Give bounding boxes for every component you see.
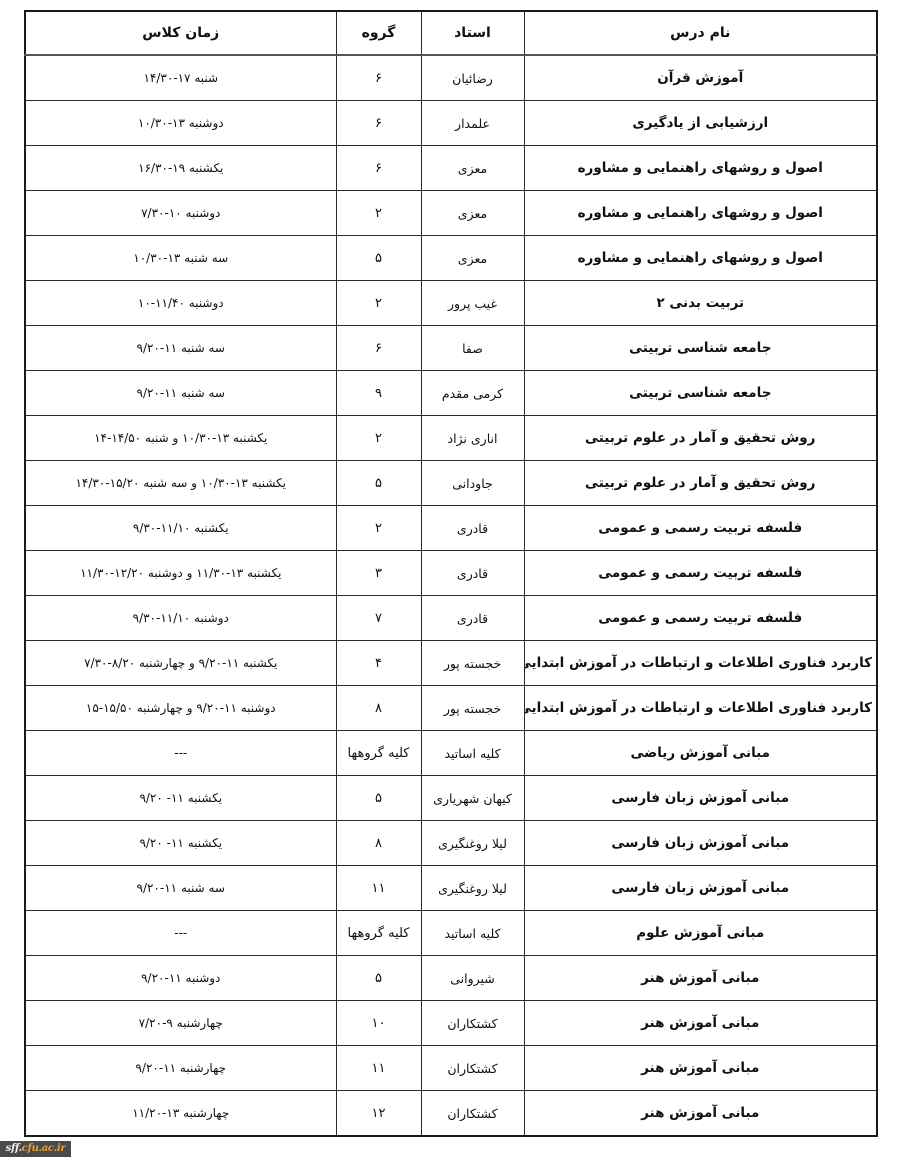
cell-teacher: اناری نژاد: [421, 416, 524, 461]
cell-teacher: معزی: [421, 236, 524, 281]
cell-group: ۵: [336, 236, 421, 281]
cell-course: مبانی آموزش هنر: [524, 1046, 877, 1091]
cell-group: ۸: [336, 686, 421, 731]
cell-teacher: خجسته پور: [421, 641, 524, 686]
cell-course: فلسفه تربیت رسمی و عمومی: [524, 596, 877, 641]
table-row: مبانی آموزش هنرکشتکاران۱۰چهارشنبه ۹-۷/۲۰: [25, 1001, 877, 1046]
watermark-domain: cfu.ac.ir: [22, 1143, 66, 1154]
cell-teacher: رضائیان: [421, 55, 524, 101]
cell-time: دوشنبه ۱۱/۱۰-۹/۳۰: [25, 596, 336, 641]
cell-course: مبانی آموزش هنر: [524, 1091, 877, 1137]
cell-teacher: جاودانی: [421, 461, 524, 506]
table-row: مبانی آموزش هنرشیروانی۵دوشنبه ۱۱-۹/۲۰: [25, 956, 877, 1001]
cell-group: ۹: [336, 371, 421, 416]
cell-group: ۷: [336, 596, 421, 641]
site-watermark: sff.cfu.ac.ir: [0, 1141, 71, 1157]
header-row: نام درس استاد گروه زمان کلاس: [25, 11, 877, 55]
cell-group: ۵: [336, 776, 421, 821]
cell-time: یکشنبه ۱۱-۹/۲۰ و چهارشنبه ۸/۲۰-۷/۳۰: [25, 641, 336, 686]
cell-group: ۵: [336, 461, 421, 506]
cell-teacher: شیروانی: [421, 956, 524, 1001]
table-row: جامعه شناسی تربیتیصفا۶سه شنبه ۱۱-۹/۲۰: [25, 326, 877, 371]
cell-course: مبانی آموزش زبان فارسی: [524, 821, 877, 866]
table-row: مبانی آموزش زبان فارسیلیلا روغنگیری۸یکشن…: [25, 821, 877, 866]
table-row: تربیت بدنی ۲غیب پرور۲دوشنبه ۱۱/۴۰-۱۰: [25, 281, 877, 326]
cell-time: یکشنبه ۱۹-۱۶/۳۰: [25, 146, 336, 191]
cell-group: ۱۰: [336, 1001, 421, 1046]
cell-teacher: کشتکاران: [421, 1091, 524, 1137]
cell-course: کاربرد فناوری اطلاعات و ارتباطات در آموز…: [524, 686, 877, 731]
cell-time: شنبه ۱۷-۱۴/۳۰: [25, 55, 336, 101]
table-row: کاربرد فناوری اطلاعات و ارتباطات در آموز…: [25, 641, 877, 686]
cell-group: ۴: [336, 641, 421, 686]
cell-group: ۵: [336, 956, 421, 1001]
cell-course: مبانی آموزش زبان فارسی: [524, 776, 877, 821]
cell-course: اصول و روشهای راهنمایی و مشاوره: [524, 236, 877, 281]
cell-teacher: قادری: [421, 551, 524, 596]
cell-teacher: کلیه اساتید: [421, 731, 524, 776]
cell-group: ۲: [336, 416, 421, 461]
cell-time: سه شنبه ۱۱-۹/۲۰: [25, 371, 336, 416]
cell-teacher: خجسته پور: [421, 686, 524, 731]
cell-course: مبانی آموزش هنر: [524, 1001, 877, 1046]
cell-teacher: غیب پرور: [421, 281, 524, 326]
table-row: مبانی آموزش علومکلیه اساتیدکلیه گروهها--…: [25, 911, 877, 956]
cell-time: دوشنبه ۱۳-۱۰/۳۰: [25, 101, 336, 146]
cell-teacher: معزی: [421, 146, 524, 191]
cell-time: ---: [25, 731, 336, 776]
cell-group: ۲: [336, 281, 421, 326]
cell-time: سه شنبه ۱۱-۹/۲۰: [25, 866, 336, 911]
cell-time: دوشنبه ۱۰-۷/۳۰: [25, 191, 336, 236]
table-row: اصول و روشهای راهنمایی و مشاورهمعزی۵سه ش…: [25, 236, 877, 281]
header-time: زمان کلاس: [25, 11, 336, 55]
cell-teacher: قادری: [421, 506, 524, 551]
table-row: فلسفه تربیت رسمی و عمومیقادری۲یکشنبه ۱۱/…: [25, 506, 877, 551]
table-body: آموزش قرآنرضائیان۶شنبه ۱۷-۱۴/۳۰ارزشیابی …: [25, 55, 877, 1136]
cell-group: ۳: [336, 551, 421, 596]
cell-course: اصول و روشهای راهنمایی و مشاوره: [524, 191, 877, 236]
cell-time: یکشنبه ۱۳-۱۱/۳۰ و دوشنبه ۱۲/۲۰-۱۱/۳۰: [25, 551, 336, 596]
cell-teacher: کرمی مقدم: [421, 371, 524, 416]
table-row: مبانی آموزش ریاضیکلیه اساتیدکلیه گروهها-…: [25, 731, 877, 776]
cell-course: مبانی آموزش ریاضی: [524, 731, 877, 776]
cell-course: جامعه شناسی تربیتی: [524, 326, 877, 371]
cell-time: یکشنبه ۱۱- ۹/۲۰: [25, 776, 336, 821]
cell-teacher: کشتکاران: [421, 1046, 524, 1091]
cell-time: سه شنبه ۱۳-۱۰/۳۰: [25, 236, 336, 281]
cell-time: چهارشنبه ۱۱-۹/۲۰: [25, 1046, 336, 1091]
cell-course: آموزش قرآن: [524, 55, 877, 101]
table-row: مبانی آموزش هنرکشتکاران۱۱چهارشنبه ۱۱-۹/۲…: [25, 1046, 877, 1091]
cell-course: کاربرد فناوری اطلاعات و ارتباطات در آموز…: [524, 641, 877, 686]
table-row: روش تحقیق و آمار در علوم تربیتیجاودانی۵ی…: [25, 461, 877, 506]
cell-teacher: معزی: [421, 191, 524, 236]
table-row: فلسفه تربیت رسمی و عمومیقادری۷دوشنبه ۱۱/…: [25, 596, 877, 641]
cell-teacher: کشتکاران: [421, 1001, 524, 1046]
cell-group: کلیه گروهها: [336, 731, 421, 776]
class-schedule-table: نام درس استاد گروه زمان کلاس آموزش قرآنر…: [24, 10, 878, 1137]
cell-course: ارزشیابی از یادگیری: [524, 101, 877, 146]
cell-teacher: کیهان شهریاری: [421, 776, 524, 821]
cell-course: مبانی آموزش هنر: [524, 956, 877, 1001]
cell-time: سه شنبه ۱۱-۹/۲۰: [25, 326, 336, 371]
cell-teacher: لیلا روغنگیری: [421, 866, 524, 911]
cell-group: ۱۲: [336, 1091, 421, 1137]
table-row: آموزش قرآنرضائیان۶شنبه ۱۷-۱۴/۳۰: [25, 55, 877, 101]
cell-time: یکشنبه ۱۳-۱۰/۳۰ و شنبه ۱۴/۵۰-۱۴: [25, 416, 336, 461]
cell-course: اصول و روشهای راهنمایی و مشاوره: [524, 146, 877, 191]
cell-time: یکشنبه ۱۱- ۹/۲۰: [25, 821, 336, 866]
cell-time: یکشنبه ۱۳-۱۰/۳۰ و سه شنبه ۱۵/۲۰-۱۴/۳۰: [25, 461, 336, 506]
table-row: اصول و روشهای راهنمایی و مشاورهمعزی۲دوشن…: [25, 191, 877, 236]
cell-time: دوشنبه ۱۱/۴۰-۱۰: [25, 281, 336, 326]
cell-time: ---: [25, 911, 336, 956]
table-row: کاربرد فناوری اطلاعات و ارتباطات در آموز…: [25, 686, 877, 731]
cell-teacher: قادری: [421, 596, 524, 641]
schedule-sheet: نام درس استاد گروه زمان کلاس آموزش قرآنر…: [24, 10, 876, 1137]
cell-course: فلسفه تربیت رسمی و عمومی: [524, 551, 877, 596]
cell-group: ۸: [336, 821, 421, 866]
table-row: فلسفه تربیت رسمی و عمومیقادری۳یکشنبه ۱۳-…: [25, 551, 877, 596]
cell-course: روش تحقیق و آمار در علوم تربیتی: [524, 416, 877, 461]
table-row: ارزشیابی از یادگیریعلمدار۶دوشنبه ۱۳-۱۰/۳…: [25, 101, 877, 146]
cell-course: مبانی آموزش علوم: [524, 911, 877, 956]
cell-group: ۶: [336, 101, 421, 146]
cell-group: ۲: [336, 506, 421, 551]
cell-group: ۶: [336, 146, 421, 191]
cell-group: ۱۱: [336, 866, 421, 911]
watermark-prefix: sff.: [6, 1143, 22, 1154]
cell-teacher: لیلا روغنگیری: [421, 821, 524, 866]
cell-teacher: صفا: [421, 326, 524, 371]
header-teacher: استاد: [421, 11, 524, 55]
cell-time: چهارشنبه ۹-۷/۲۰: [25, 1001, 336, 1046]
table-row: مبانی آموزش زبان فارسیکیهان شهریاری۵یکشن…: [25, 776, 877, 821]
cell-time: یکشنبه ۱۱/۱۰-۹/۳۰: [25, 506, 336, 551]
cell-course: فلسفه تربیت رسمی و عمومی: [524, 506, 877, 551]
cell-group: ۶: [336, 55, 421, 101]
cell-course: مبانی آموزش زبان فارسی: [524, 866, 877, 911]
cell-time: چهارشنبه ۱۳-۱۱/۲۰: [25, 1091, 336, 1137]
cell-group: ۱۱: [336, 1046, 421, 1091]
cell-course: تربیت بدنی ۲: [524, 281, 877, 326]
header-group: گروه: [336, 11, 421, 55]
cell-group: ۶: [336, 326, 421, 371]
cell-teacher: علمدار: [421, 101, 524, 146]
cell-course: جامعه شناسی تربیتی: [524, 371, 877, 416]
cell-time: دوشنبه ۱۱-۹/۲۰: [25, 956, 336, 1001]
table-row: مبانی آموزش هنرکشتکاران۱۲چهارشنبه ۱۳-۱۱/…: [25, 1091, 877, 1137]
table-row: اصول و روشهای راهنمایی و مشاورهمعزی۶یکشن…: [25, 146, 877, 191]
cell-teacher: کلیه اساتید: [421, 911, 524, 956]
header-course: نام درس: [524, 11, 877, 55]
cell-time: دوشنبه ۱۱-۹/۲۰ و چهارشنبه ۱۵/۵۰-۱۵: [25, 686, 336, 731]
table-row: روش تحقیق و آمار در علوم تربیتیاناری نژا…: [25, 416, 877, 461]
table-row: جامعه شناسی تربیتیکرمی مقدم۹سه شنبه ۱۱-۹…: [25, 371, 877, 416]
cell-group: کلیه گروهها: [336, 911, 421, 956]
cell-group: ۲: [336, 191, 421, 236]
table-row: مبانی آموزش زبان فارسیلیلا روغنگیری۱۱سه …: [25, 866, 877, 911]
cell-course: روش تحقیق و آمار در علوم تربیتی: [524, 461, 877, 506]
